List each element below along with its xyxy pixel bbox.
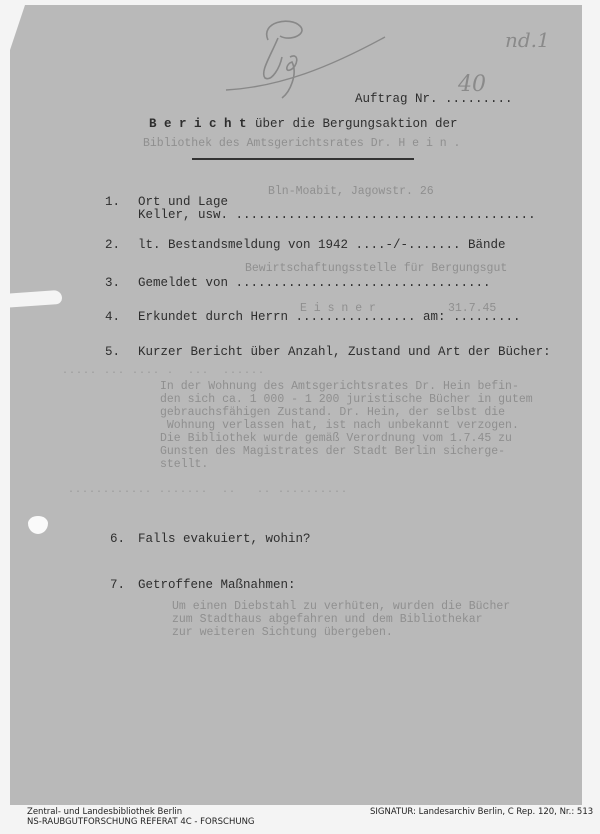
report-title-spaced: B e r i c h t [149, 117, 247, 131]
measures-text-block: Um einen Diebstahl zu verhüten, wurden d… [172, 600, 510, 639]
report-text-line: stellt. [160, 458, 533, 471]
footer-institution: Zentral- und Landesbibliothek Berlin NS-… [27, 807, 255, 827]
item-4-number: 4. [105, 310, 120, 324]
faint-dotted-line-2: ............ ....... .. .. .......... [68, 485, 348, 496]
report-text-line: Gunsten des Magistrates der Stadt Berlin… [160, 445, 533, 458]
report-text-block: In der Wohnung des Amtsgerichtsrates Dr.… [160, 380, 533, 471]
library-address: Bln-Moabit, Jagowstr. 26 [268, 185, 434, 198]
item-7-number: 7. [110, 578, 125, 592]
item-6-number: 6. [110, 532, 125, 546]
item-2-number: 2. [105, 238, 120, 252]
measures-text-line: zum Stadthaus abgefahren und dem Bibliot… [172, 613, 510, 626]
item-6-label: Falls evakuiert, wohin? [138, 532, 311, 546]
item-3-label: Gemeldet von ...........................… [138, 276, 491, 290]
footer-signature: SIGNATUR: Landesarchiv Berlin, C Rep. 12… [370, 807, 593, 817]
footer-line-2: NS-RAUBGUTFORSCHUNG REFERAT 4C - FORSCHU… [27, 817, 255, 827]
item-1-field: Keller, usw. ...........................… [138, 208, 536, 222]
faint-dotted-line: ..... ... .... . ... ...... [62, 366, 265, 377]
report-title-rest: über die Bergungsaktion der [255, 117, 458, 131]
library-name: Bibliothek des Amtsgerichtsrates Dr. H e… [143, 137, 460, 150]
report-text-line: In der Wohnung des Amtsgerichtsrates Dr.… [160, 380, 533, 393]
report-text-line: Die Bibliothek wurde gemäß Verordnung vo… [160, 432, 533, 445]
measures-text-line: Um einen Diebstahl zu verhüten, wurden d… [172, 600, 510, 613]
item-5-label: Kurzer Bericht über Anzahl, Zustand und … [138, 345, 551, 359]
report-text-line: gebrauchsfähigen Zustand. Dr. Hein, der … [160, 406, 533, 419]
item-3-filled-value: Bewirtschaftungsstelle für Bergungsgut [245, 262, 507, 275]
measures-text-line: zur weiteren Sichtung übergeben. [172, 626, 510, 639]
item-4-label: Erkundet durch Herrn ................ am… [138, 310, 521, 324]
item-2-label: lt. Bestandsmeldung von 1942 ....-/-....… [138, 238, 506, 252]
footer-line-1: Zentral- und Landesbibliothek Berlin [27, 807, 182, 817]
item-7-label: Getroffene Maßnahmen: [138, 578, 296, 592]
item-5-number: 5. [105, 345, 120, 359]
corner-annotation: nd.1 [505, 28, 550, 52]
signature-mark [220, 12, 390, 102]
report-text-line: Wohnung verlassen hat, ist nach unbekann… [160, 419, 533, 432]
title-underline [192, 158, 414, 160]
item-3-number: 3. [105, 276, 120, 290]
item-1-label: Ort und Lage [138, 195, 228, 209]
item-1-number: 1. [105, 195, 120, 209]
order-number-label: Auftrag Nr. ......... [355, 92, 513, 106]
report-text-line: den sich ca. 1 000 - 1 200 juristische B… [160, 393, 533, 406]
